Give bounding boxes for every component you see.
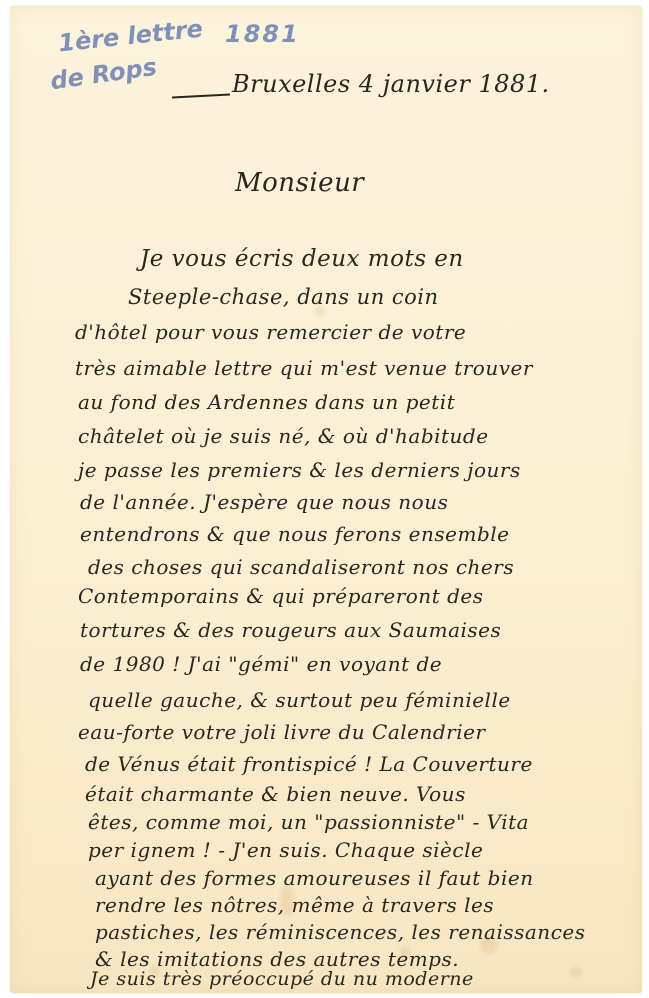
body-line: au fond des Ardennes dans un petit [78, 390, 455, 414]
body-line: était charmante & bien neuve. Vous [85, 782, 466, 806]
body-line: Je vous écris deux mots en [140, 246, 464, 272]
body-line: je passe les premiers & les derniers jou… [78, 458, 521, 482]
body-line: d'hôtel pour vous remercier de votre [75, 320, 466, 344]
body-line: ayant des formes amoureuses il faut bien [95, 866, 534, 890]
body-line: entendrons & que nous ferons ensemble [80, 522, 510, 546]
body-line: des choses qui scandaliseront nos chers [88, 555, 514, 579]
body-line: per ignem ! - J'en suis. Chaque siècle [88, 838, 483, 862]
body-line: châtelet où je suis né, & où d'habitude [78, 424, 489, 448]
body-line: tortures & des rougeurs aux Saumaises [80, 618, 501, 642]
body-line: très aimable lettre qui m'est venue trou… [75, 356, 533, 380]
place-date: Bruxelles 4 janvier 1881. [232, 70, 550, 98]
body-line: rendre les nôtres, même à travers les [95, 893, 494, 917]
salutation: Monsieur [235, 168, 364, 198]
body-line: êtes, comme moi, un "passionniste" - Vit… [88, 810, 529, 834]
body-line: de Vénus était frontispicé ! La Couvertu… [85, 752, 533, 776]
archival-note-year: 1881 [225, 20, 300, 48]
body-line: eau-forte votre joli livre du Calendrier [78, 720, 486, 744]
body-line: Je suis très préoccupé du nu moderne [90, 968, 474, 990]
body-line: pastiches, les réminiscences, les renais… [95, 920, 586, 944]
body-line: quelle gauche, & surtout peu féminielle [88, 688, 511, 712]
body-line: Steeple-chase, dans un coin [128, 285, 439, 309]
body-line: Contemporains & qui prépareront des [78, 584, 484, 608]
paper-stain [570, 966, 582, 978]
body-line: de 1980 ! J'ai "gémi" en voyant de [80, 652, 442, 676]
body-line: de l'année. J'espère que nous nous [80, 490, 448, 514]
